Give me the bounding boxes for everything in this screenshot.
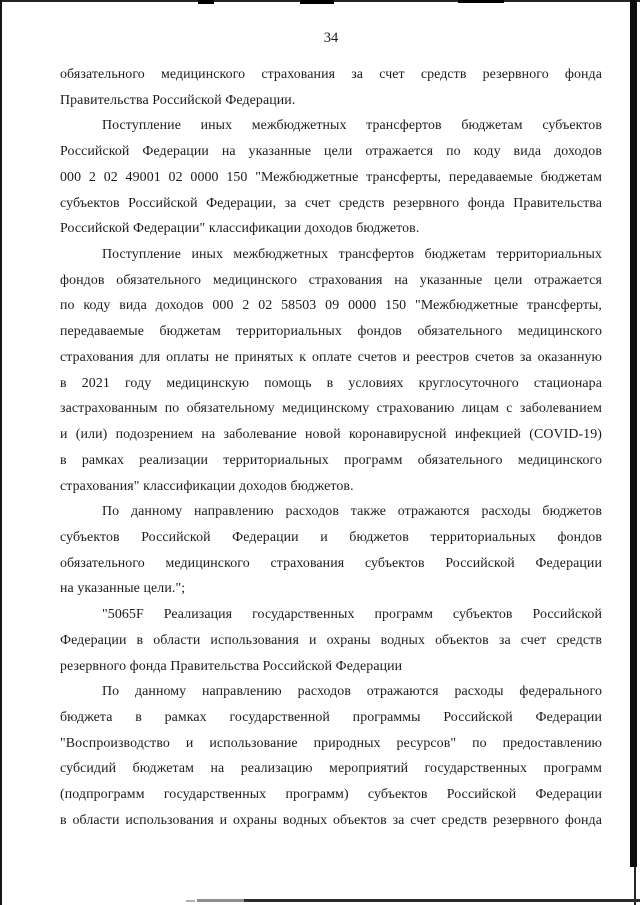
text-line: застрахованным по обязательному медицинс… — [60, 396, 602, 422]
text-line: Поступление иных межбюджетных трансферто… — [60, 242, 602, 268]
scan-border-right — [630, 0, 637, 867]
text-line: субъектов Российской Федерации и бюджето… — [60, 525, 602, 551]
scan-border-top-mark — [198, 0, 214, 4]
text-line: обязательного медицинского страхования с… — [60, 551, 602, 577]
text-line: По данному направлению расходов отражают… — [60, 679, 602, 705]
text-line: в 2021 году медицинскую помощь в условия… — [60, 371, 602, 397]
text-line: По данному направлению расходов также от… — [60, 499, 602, 525]
text-line: (подпрограмм государственных программ) с… — [60, 782, 602, 808]
scan-border-left — [0, 0, 2, 905]
text-line: по коду вида доходов 000 2 02 58503 09 0… — [60, 293, 602, 319]
text-line: Правительства Российской Федерации. — [60, 88, 602, 114]
text-line: 000 2 02 49001 02 0000 150 "Межбюджетные… — [60, 165, 602, 191]
text-line: в рамках реализации территориальных прог… — [60, 448, 602, 474]
text-line: Российской Федерации" классификации дохо… — [60, 216, 602, 242]
scan-border-top-mark — [300, 0, 334, 4]
text-line: резервного фонда Правительства Российско… — [60, 654, 602, 680]
text-line: фондов обязательного медицинского страхо… — [60, 268, 602, 294]
text-line: бюджета в рамках государственной програм… — [60, 705, 602, 731]
text-line: в области использования и охраны водных … — [60, 808, 602, 834]
scan-border-top-mark — [458, 0, 504, 3]
text-line: и (или) подозрением на заболевание новой… — [60, 422, 602, 448]
scan-border-bottom — [244, 899, 640, 902]
text-line: "Воспроизводство и использование природн… — [60, 731, 602, 757]
text-line: Российской Федерации на указанные цели о… — [60, 139, 602, 165]
document-body: обязательного медицинского страхования з… — [60, 62, 602, 834]
text-line: Поступление иных межбюджетных трансферто… — [60, 113, 602, 139]
text-line: Федерации в области использования и охра… — [60, 628, 602, 654]
text-line: субъектов Российской Федерации, за счет … — [60, 191, 602, 217]
text-line: на указанные цели."; — [60, 576, 602, 602]
text-line: страхования для оплаты не принятых к опл… — [60, 345, 602, 371]
text-line: передаваемые бюджетам территориальных фо… — [60, 319, 602, 345]
text-line: субсидий бюджетам на реализацию мероприя… — [60, 756, 602, 782]
text-line: "5065F Реализация государственных програ… — [60, 602, 602, 628]
page-number: 34 — [60, 30, 602, 47]
scan-border-bottom-dash — [186, 900, 195, 902]
scan-border-bottom-gray — [197, 899, 244, 902]
text-line: обязательного медицинского страхования з… — [60, 62, 602, 88]
text-line: страхования" классификации доходов бюдже… — [60, 474, 602, 500]
